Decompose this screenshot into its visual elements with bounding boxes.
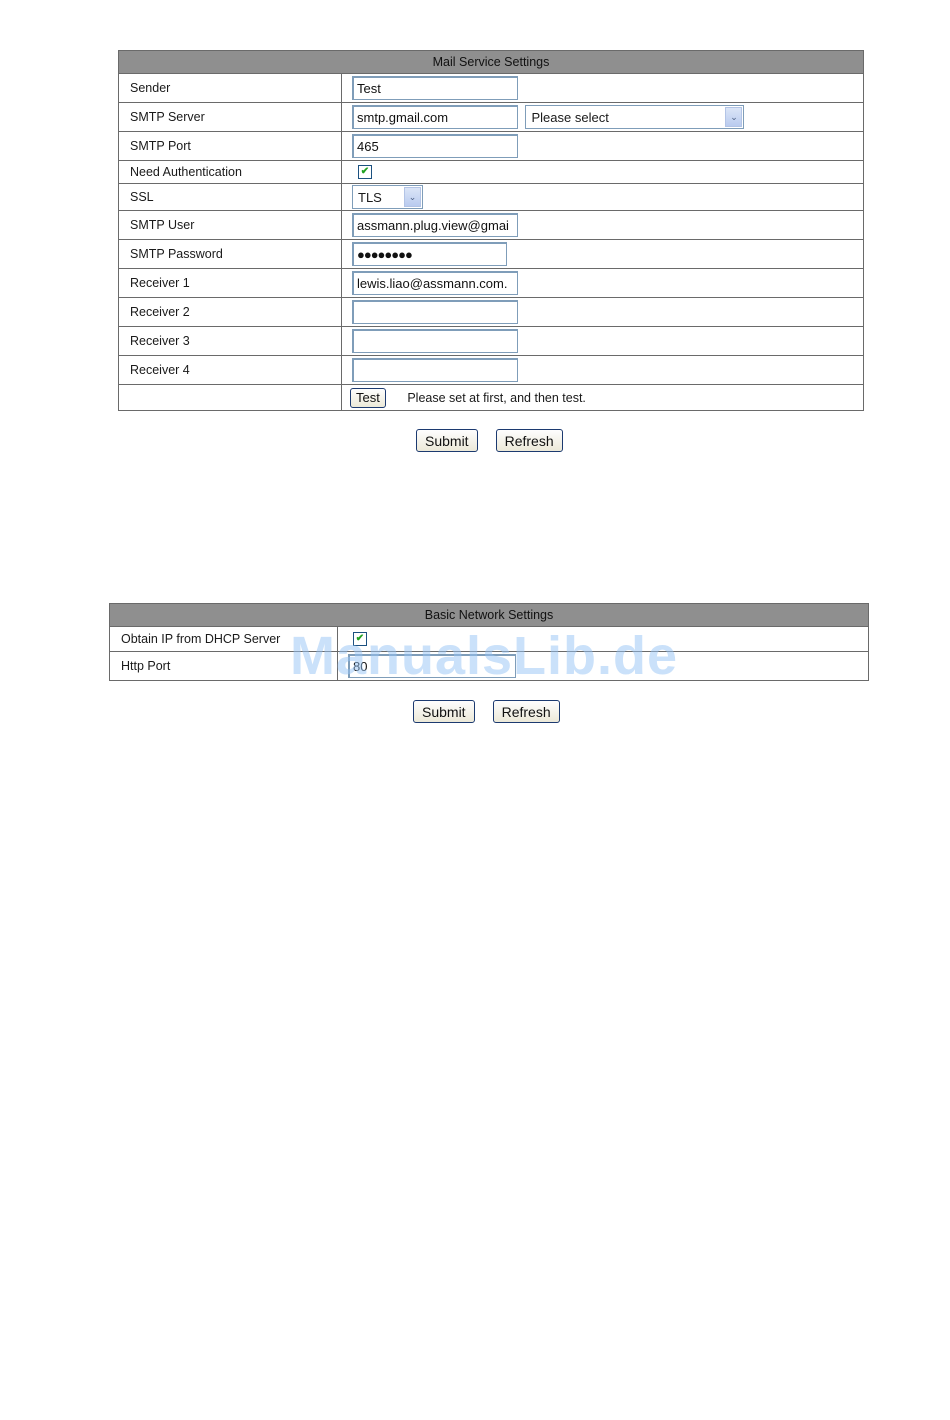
network-submit-button[interactable]: Submit xyxy=(413,700,475,723)
receiver1-label: Receiver 1 xyxy=(119,269,342,298)
dhcp-checkbox[interactable]: ✔ xyxy=(353,632,367,646)
ssl-select[interactable]: TLS ⌄ xyxy=(352,185,423,209)
ssl-select-value: TLS xyxy=(358,190,382,205)
dhcp-label: Obtain IP from DHCP Server xyxy=(110,627,338,652)
chevron-down-icon[interactable]: ⌄ xyxy=(725,107,742,127)
need-auth-label: Need Authentication xyxy=(119,161,342,184)
mail-submit-button[interactable]: Submit xyxy=(416,429,478,452)
receiver4-input[interactable] xyxy=(352,358,518,382)
smtp-password-input[interactable] xyxy=(352,242,507,266)
receiver3-input[interactable] xyxy=(352,329,518,353)
ssl-label: SSL xyxy=(119,184,342,211)
network-settings-title: Basic Network Settings xyxy=(110,604,869,627)
receiver4-label: Receiver 4 xyxy=(119,356,342,385)
http-port-input[interactable] xyxy=(348,654,516,678)
sender-input[interactable] xyxy=(352,76,518,100)
need-auth-checkbox[interactable]: ✔ xyxy=(358,165,372,179)
smtp-password-label: SMTP Password xyxy=(119,240,342,269)
network-settings-table: Basic Network Settings Obtain IP from DH… xyxy=(109,603,869,681)
receiver1-input[interactable] xyxy=(352,271,518,295)
test-note: Please set at first, and then test. xyxy=(407,391,586,405)
test-button[interactable]: Test xyxy=(350,388,386,408)
empty-label-cell xyxy=(119,385,342,411)
smtp-server-label: SMTP Server xyxy=(119,103,342,132)
sender-label: Sender xyxy=(119,74,342,103)
mail-settings-title: Mail Service Settings xyxy=(119,51,864,74)
smtp-port-input[interactable] xyxy=(352,134,518,158)
check-icon: ✔ xyxy=(356,634,364,644)
receiver2-label: Receiver 2 xyxy=(119,298,342,327)
smtp-server-select-value: Please select xyxy=(531,110,608,125)
smtp-server-input[interactable] xyxy=(352,105,518,129)
smtp-user-label: SMTP User xyxy=(119,211,342,240)
check-icon: ✔ xyxy=(361,167,369,177)
mail-refresh-button[interactable]: Refresh xyxy=(496,429,563,452)
mail-settings-table: Mail Service Settings Sender SMTP Server… xyxy=(118,50,864,411)
smtp-user-input[interactable] xyxy=(352,213,518,237)
mail-button-bar: Submit Refresh xyxy=(416,429,563,452)
receiver3-label: Receiver 3 xyxy=(119,327,342,356)
smtp-server-select[interactable]: Please select ⌄ xyxy=(525,105,744,129)
chevron-down-icon[interactable]: ⌄ xyxy=(404,187,421,207)
smtp-port-label: SMTP Port xyxy=(119,132,342,161)
network-button-bar: Submit Refresh xyxy=(413,700,560,723)
http-port-label: Http Port xyxy=(110,652,338,681)
receiver2-input[interactable] xyxy=(352,300,518,324)
network-refresh-button[interactable]: Refresh xyxy=(493,700,560,723)
